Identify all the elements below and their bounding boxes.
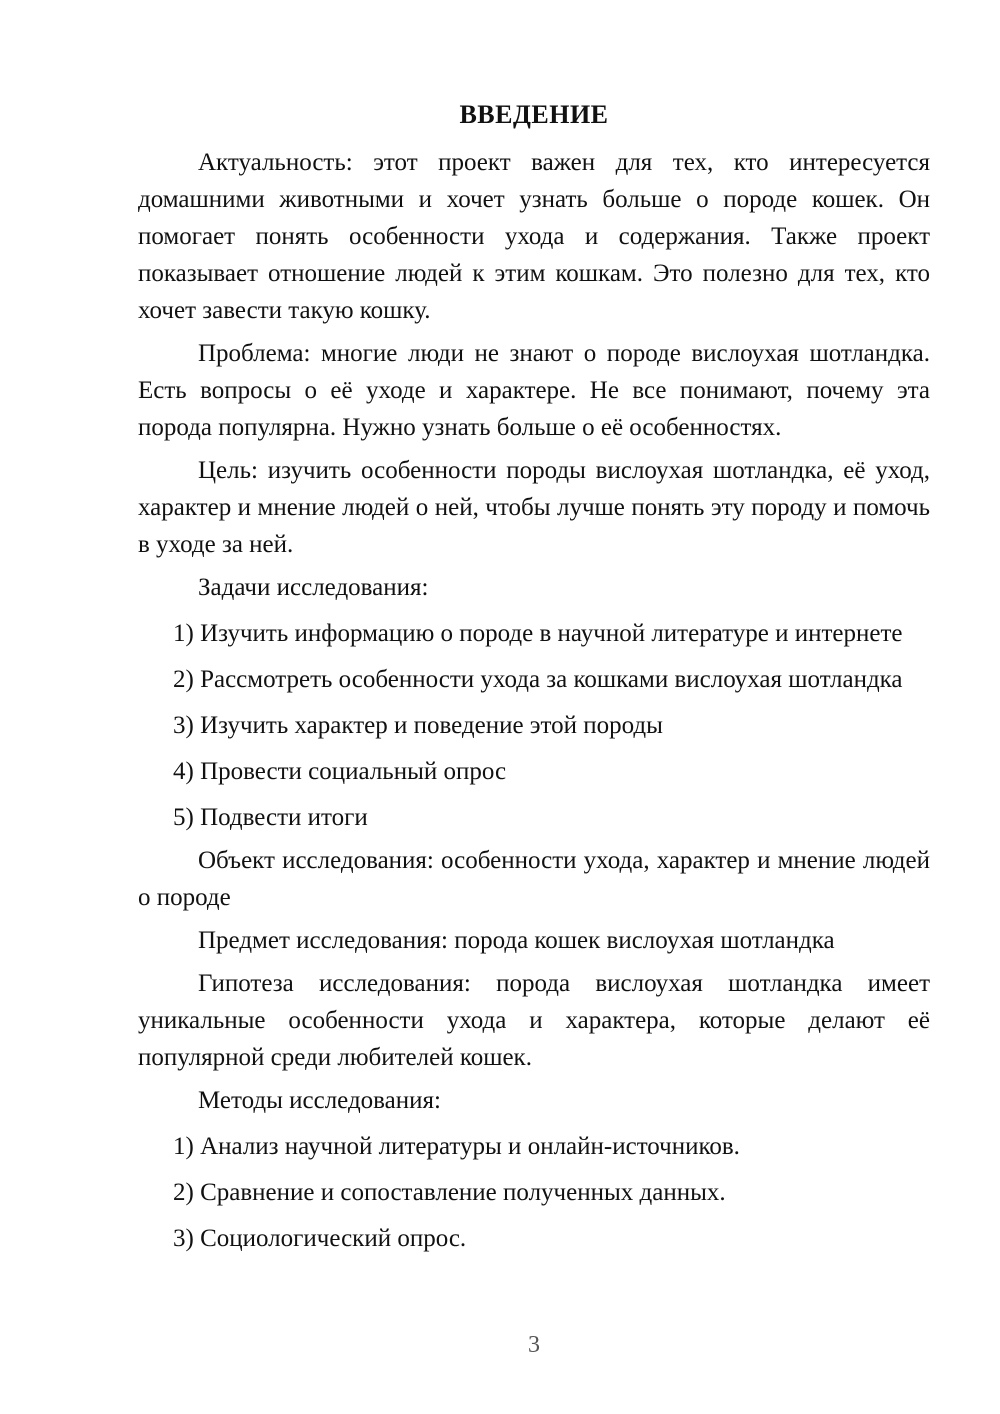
method-item-3: 3) Социологический опрос. bbox=[173, 1220, 930, 1257]
methods-heading: Методы исследования: bbox=[138, 1082, 930, 1119]
tasks-list: 1) Изучить информацию о породе в научной… bbox=[138, 615, 930, 836]
task-item-3: 3) Изучить характер и поведение этой пор… bbox=[173, 707, 930, 744]
page-number: 3 bbox=[138, 1330, 930, 1360]
document-body: ВВЕДЕНИЕ Актуальность: этот проект важен… bbox=[138, 96, 930, 1263]
method-item-2: 2) Сравнение и сопоставление полученных … bbox=[173, 1174, 930, 1211]
task-item-5: 5) Подвести итоги bbox=[173, 799, 930, 836]
page-title: ВВЕДЕНИЕ bbox=[138, 96, 930, 133]
task-item-2: 2) Рассмотреть особенности ухода за кошк… bbox=[173, 661, 930, 698]
methods-list: 1) Анализ научной литературы и онлайн-ис… bbox=[138, 1128, 930, 1257]
paragraph-goal: Цель: изучить особенности породы вислоух… bbox=[138, 452, 930, 563]
document-page: ВВЕДЕНИЕ Актуальность: этот проект важен… bbox=[0, 0, 1000, 1414]
paragraph-relevance: Актуальность: этот проект важен для тех,… bbox=[138, 144, 930, 329]
task-item-1: 1) Изучить информацию о породе в научной… bbox=[173, 615, 930, 652]
paragraph-problem: Проблема: многие люди не знают о породе … bbox=[138, 335, 930, 446]
tasks-heading: Задачи исследования: bbox=[138, 569, 930, 606]
paragraph-subject: Предмет исследования: порода кошек висло… bbox=[138, 922, 930, 959]
paragraph-object: Объект исследования: особенности ухода, … bbox=[138, 842, 930, 916]
task-item-4: 4) Провести социальный опрос bbox=[173, 753, 930, 790]
paragraph-hypothesis: Гипотеза исследования: порода вислоухая … bbox=[138, 965, 930, 1076]
method-item-1: 1) Анализ научной литературы и онлайн-ис… bbox=[173, 1128, 930, 1165]
